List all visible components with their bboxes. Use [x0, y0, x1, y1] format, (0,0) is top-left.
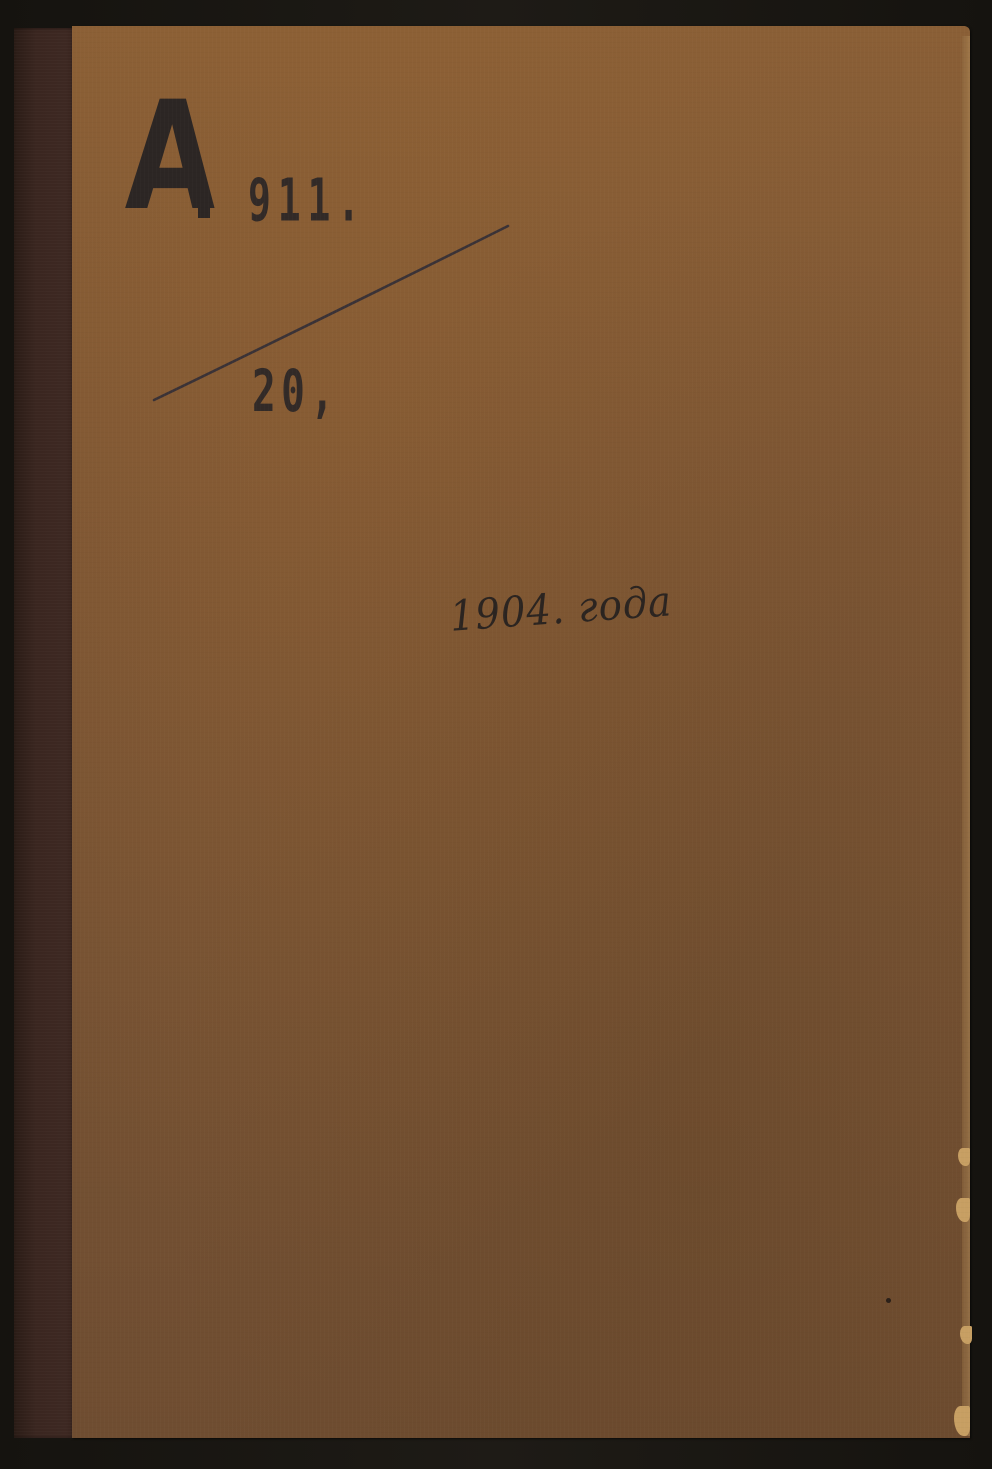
document-cover: A 911. 20, 1904. года: [72, 26, 970, 1438]
handwritten-year: 1904. года: [448, 576, 673, 640]
torn-edge: [958, 1148, 970, 1166]
page-edge: [962, 36, 970, 1436]
torn-edge: [960, 1326, 972, 1344]
stamp-dot: [198, 204, 210, 218]
fraction-line: [152, 224, 522, 404]
torn-edge: [956, 1198, 970, 1222]
stamp-file-number: 20,: [252, 362, 340, 420]
stamp-fond-letter: A: [124, 82, 216, 232]
stamp-fond-number: 911.: [248, 172, 367, 231]
torn-edge: [954, 1406, 970, 1436]
ink-speck: [886, 1298, 891, 1303]
